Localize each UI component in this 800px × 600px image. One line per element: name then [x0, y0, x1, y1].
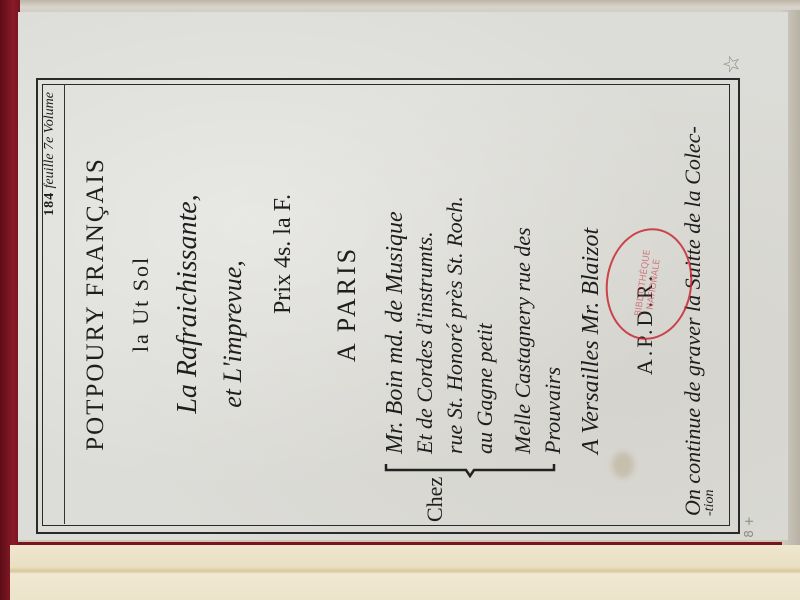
book-page-block [10, 545, 800, 600]
air-1: la Ut Sol [128, 84, 154, 524]
pencil-page-mark: 8 + [742, 516, 756, 538]
address-line-3: rue St. Honoré près St. Roch. [442, 196, 468, 454]
address-line-5: Melle Castagnery rue des [510, 227, 536, 454]
folio-line: 184 feuille 7e Volume [42, 92, 58, 216]
folio-text: feuille 7e Volume [42, 92, 57, 188]
address-line-7: A Versailles Mr. Blaizot [578, 228, 605, 454]
pencil-star-mark: ☆ [720, 44, 750, 74]
air-2: La Rafraichissante, [172, 84, 204, 524]
address-line-6: Prouvairs [540, 367, 566, 454]
chez-label: Chez [422, 477, 448, 522]
air-3: et L'imprevue, [218, 114, 248, 554]
price: Prix 4s. la F. [270, 34, 297, 474]
city: A PARIS [332, 84, 362, 524]
folio-number: 184 [42, 192, 57, 216]
address-line-1: Mr. Boin md. de Musique [382, 211, 409, 454]
footer-note: On continue de graver la Suitte de la Co… [680, 126, 706, 516]
page-title: POTPOURY FRANÇAIS [82, 84, 110, 524]
footer-continuation: -tion [702, 490, 718, 516]
curly-brace-icon [384, 462, 556, 478]
address-line-4: au Gagne petit [472, 323, 498, 454]
stamp-text: BIBLIOTHÈQUE NATIONALE [633, 242, 666, 326]
address-line-2: Et de Cordes d'instrumts. [412, 231, 438, 454]
